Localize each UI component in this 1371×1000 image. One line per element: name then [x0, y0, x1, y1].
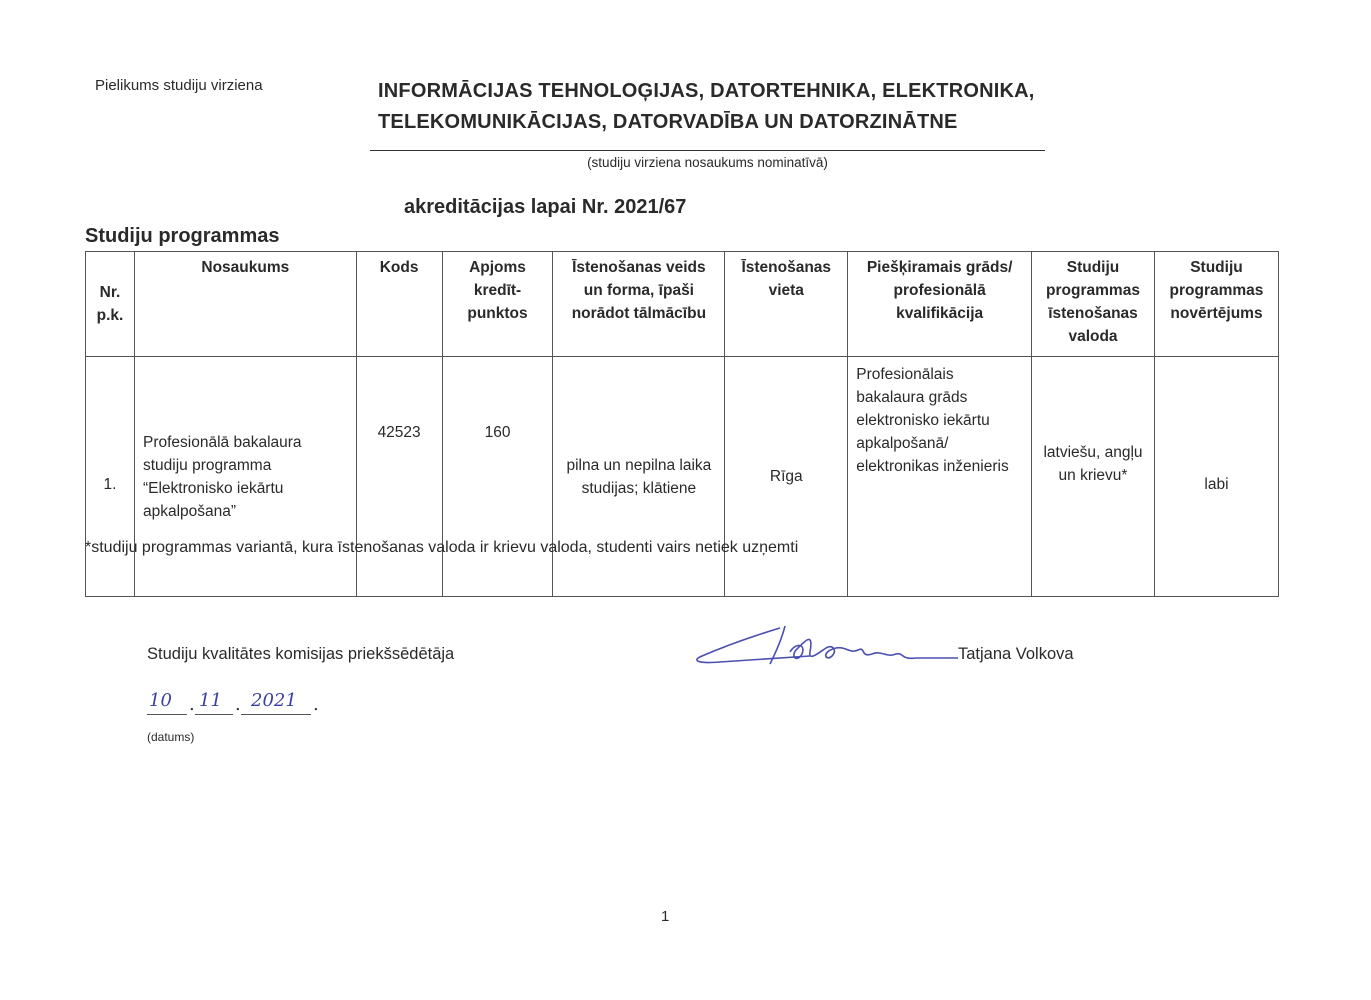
column-header-name: Nosaukums — [134, 252, 356, 357]
study-direction-title: INFORMĀCIJAS TEHNOLOĢIJAS, DATORTEHNIKA,… — [378, 76, 1035, 138]
column-header-place: Īstenošanas vieta — [725, 252, 848, 357]
table-header-row: Nr. p.k. Nosaukums Kods Apjoms kredīt-pu… — [86, 252, 1279, 357]
column-header-form: Īstenošanas veids un forma, īpaši norādo… — [553, 252, 725, 357]
column-header-language: Studiju programmas īstenošanas valoda — [1032, 252, 1155, 357]
column-header-degree: Piešķiramais grāds/ profesionālā kvalifi… — [848, 252, 1032, 357]
handwritten-signature — [690, 622, 960, 674]
cell-language: latviešu, angļu un krievu* — [1032, 357, 1155, 597]
cell-nr: 1. — [86, 357, 135, 597]
title-underline — [370, 150, 1045, 151]
accreditation-number: akreditācijas lapai Nr. 2021/67 — [404, 196, 686, 219]
direction-caption: (studiju virziena nosaukums nominatīvā) — [370, 155, 1045, 170]
cell-place: Rīga — [725, 357, 848, 597]
cell-code: 42523 — [356, 357, 442, 597]
table-row: 1. Profesionālā bakalaura studiju progra… — [86, 357, 1279, 597]
signatory-name: Tatjana Volkova — [958, 645, 1074, 664]
footnote: *studiju programmas variantā, kura īsten… — [85, 539, 798, 557]
page-number: 1 — [661, 908, 669, 925]
cell-form: pilna un nepilna laika studijas; klātien… — [553, 357, 725, 597]
appendix-label: Pielikums studiju virziena — [95, 77, 263, 94]
date-label: (datums) — [147, 730, 194, 744]
column-header-nr: Nr. p.k. — [86, 252, 135, 357]
cell-degree: Profesionālais bakalaura grāds elektroni… — [848, 357, 1032, 597]
column-header-credits: Apjoms kredīt-punktos — [442, 252, 553, 357]
column-header-code: Kods — [356, 252, 442, 357]
cell-credits: 160 — [442, 357, 553, 597]
section-title: Studiju programmas — [85, 225, 279, 248]
column-header-evaluation: Studiju programmas novērtējums — [1154, 252, 1278, 357]
date-day: 10 — [149, 690, 172, 711]
study-direction-line-1: INFORMĀCIJAS TEHNOLOĢIJAS, DATORTEHNIKA,… — [378, 76, 1035, 107]
date-year: 2021 — [251, 690, 297, 711]
signature-date: 10 . 11 . 2021 . — [147, 690, 337, 716]
date-month: 11 — [199, 690, 222, 711]
cell-evaluation: labi — [1154, 357, 1278, 597]
cell-name: Profesionālā bakalaura studiju programma… — [134, 357, 356, 597]
study-direction-line-2: TELEKOMUNIKĀCIJAS, DATORVADĪBA UN DATORZ… — [378, 107, 1035, 138]
signatory-role: Studiju kvalitātes komisijas priekšsēdēt… — [147, 645, 454, 664]
